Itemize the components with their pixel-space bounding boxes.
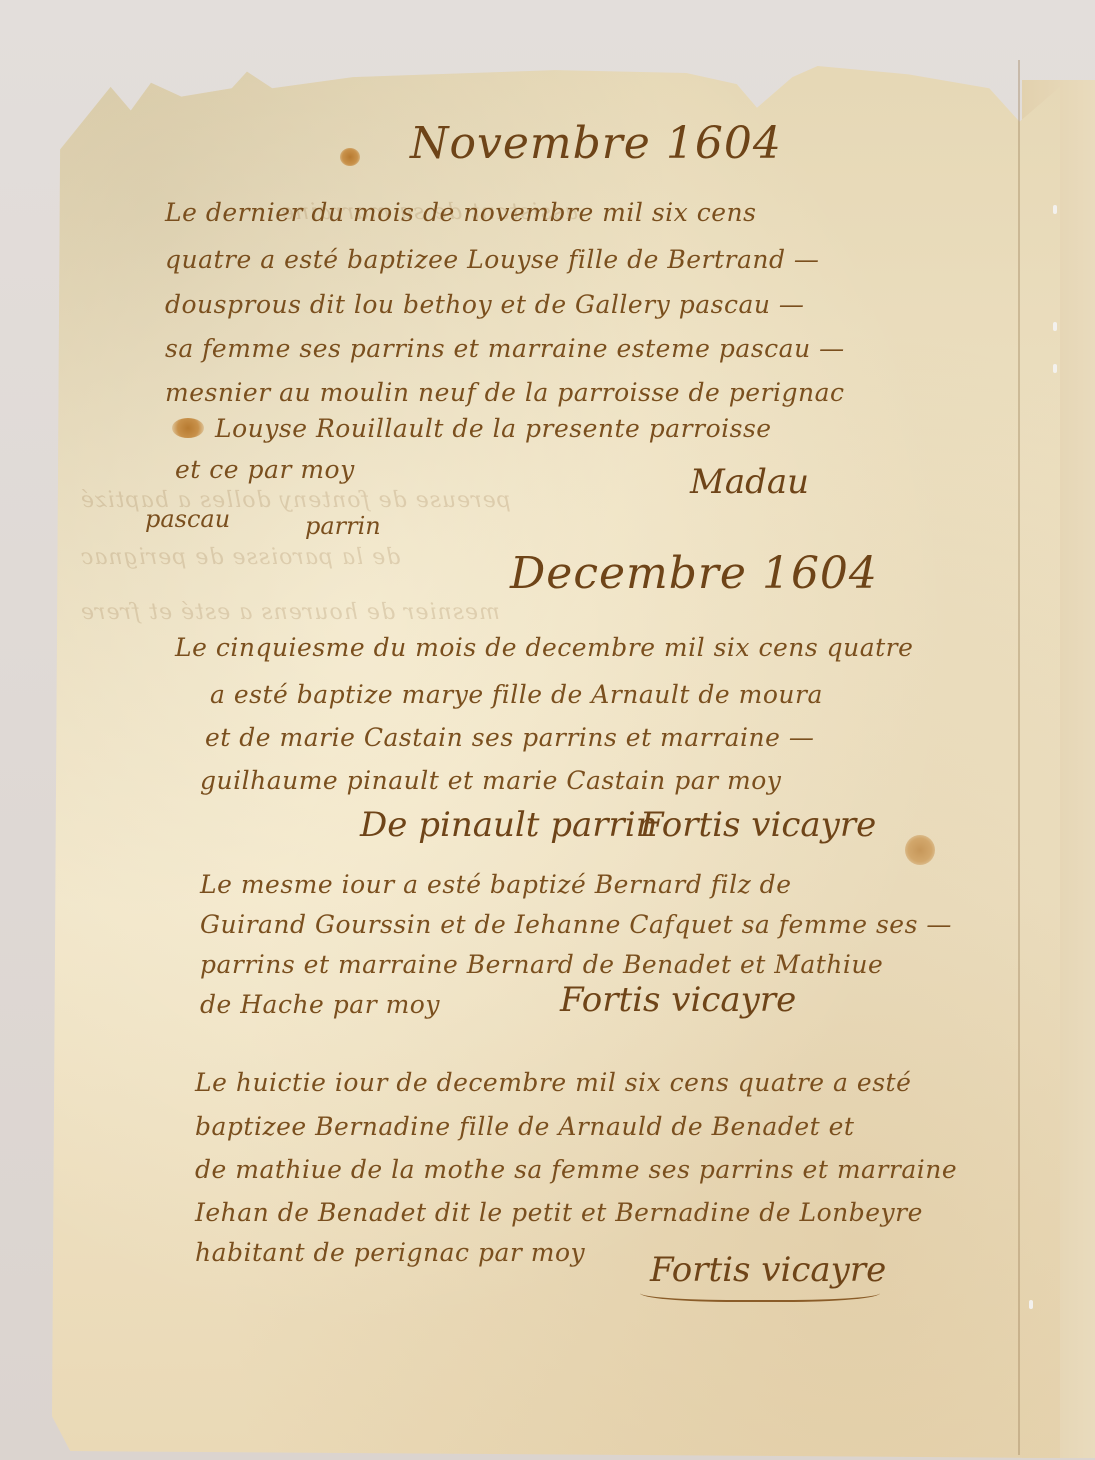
signature-de-pinault: De pinault parrin <box>360 805 658 845</box>
water-stain <box>905 835 935 865</box>
signature-fortis: Fortis vicayre <box>560 980 796 1020</box>
bleed-through-text: de la paroisse de perignac <box>80 545 400 570</box>
entry-line: Le dernier du mois de novembre mil six c… <box>165 198 756 227</box>
entry-line: a esté baptize marye fille de Arnault de… <box>210 680 823 709</box>
entry-line: sa femme ses parrins et marraine esteme … <box>165 334 845 363</box>
signature-pascau: pascau <box>145 505 230 533</box>
signature-fortis: Fortis vicayre <box>640 805 876 845</box>
entry-line: de Hache par moy <box>200 990 440 1019</box>
ink-blot <box>172 418 204 438</box>
entry-line: quatre a esté baptizee Louyse fille de B… <box>165 245 819 274</box>
section-heading-december: Decembre 1604 <box>510 548 878 599</box>
entry-line: et de marie Castain ses parrins et marra… <box>205 723 814 752</box>
entry-line: Guirand Gourssin et de Iehanne Cafquet s… <box>200 910 952 939</box>
entry-line: habitant de perignac par moy <box>195 1238 585 1267</box>
entry-line: mesnier au moulin neuf de la parroisse d… <box>165 378 845 407</box>
entry-line: de mathiue de la mothe sa femme ses parr… <box>195 1155 957 1184</box>
binding-hole <box>1053 364 1057 373</box>
signature-madau: Madau <box>690 462 809 502</box>
page-fold <box>1018 60 1020 1455</box>
ink-stain <box>340 148 360 166</box>
signature-parrin: parrin <box>305 512 381 540</box>
entry-line: parrins et marraine Bernard de Benadet e… <box>200 950 883 979</box>
binding-hole <box>1053 322 1057 331</box>
binding-hole <box>1053 205 1057 214</box>
entry-line: Le huictie iour de decembre mil six cens… <box>195 1068 911 1097</box>
entry-line: Le mesme iour a esté baptizé Bernard fil… <box>200 870 791 899</box>
entry-line: dousprous dit lou bethoy et de Gallery p… <box>165 290 804 319</box>
entry-line: et ce par moy <box>175 455 355 484</box>
entry-line: Iehan de Benadet dit le petit et Bernadi… <box>195 1198 923 1227</box>
section-heading-november: Novembre 1604 <box>410 118 782 169</box>
bleed-through-text: mesnier de hourens a esté et frere <box>80 600 500 625</box>
entry-line: baptizee Bernadine fille de Arnauld de B… <box>195 1112 854 1141</box>
entry-line: Le cinquiesme du mois de decembre mil si… <box>175 633 913 662</box>
binding-hole <box>1029 1300 1033 1309</box>
entry-line: guilhaume pinault et marie Castain par m… <box>200 766 781 795</box>
signature-flourish <box>640 1280 880 1302</box>
entry-line: Louyse Rouillault de la presente parrois… <box>215 414 772 443</box>
